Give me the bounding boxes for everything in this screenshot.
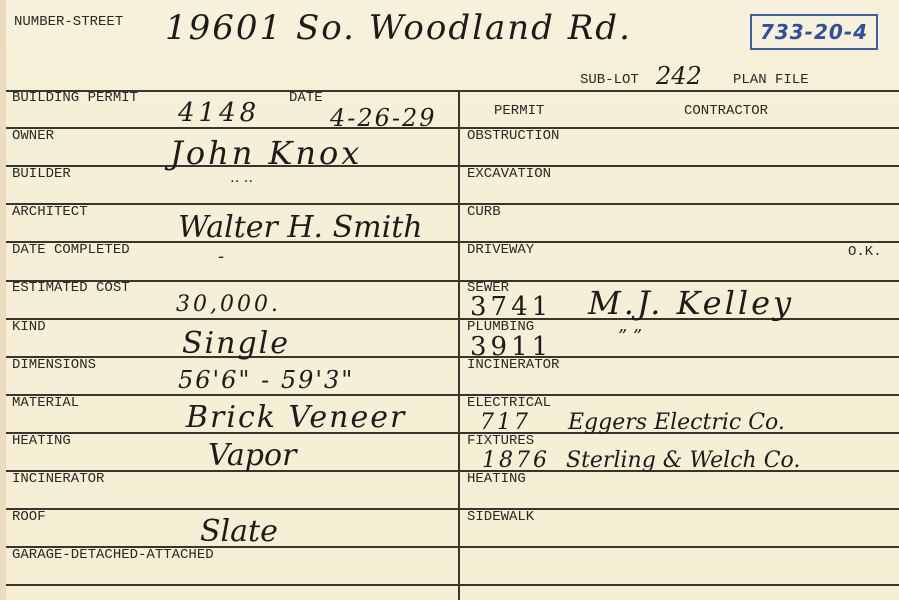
- value-architect: Walter H. Smith: [178, 210, 423, 245]
- label-obstruction: OBSTRUCTION: [467, 128, 559, 144]
- value-building-permit: 4148: [178, 98, 260, 128]
- stamp-number: 733-20-4: [750, 14, 878, 50]
- value-sewer-contractor: M.J. Kelley: [588, 284, 794, 322]
- label-owner: OWNER: [12, 128, 54, 144]
- address-value: 19601 So. Woodland Rd.: [165, 8, 632, 48]
- value-kind: Single: [182, 326, 290, 361]
- label-curb: CURB: [467, 204, 501, 220]
- column-divider: [458, 90, 460, 600]
- label-driveway: DRIVEWAY: [467, 242, 534, 258]
- value-roof: Slate: [200, 514, 278, 549]
- sublot-label: SUB-LOT: [580, 72, 639, 88]
- rule: [6, 127, 899, 129]
- rule: [6, 241, 899, 243]
- value-date: 4-26-29: [330, 104, 437, 132]
- rule: [6, 394, 899, 396]
- value-date-completed: -: [218, 246, 224, 267]
- value-owner: John Knox: [170, 134, 362, 172]
- label-date-completed: DATE COMPLETED: [12, 242, 130, 258]
- label-heating-right: HEATING: [467, 471, 526, 487]
- value-electrical-contractor: Eggers Electric Co.: [568, 410, 785, 435]
- plan-file-label: PLAN FILE: [733, 72, 809, 88]
- label-electrical: ELECTRICAL: [467, 395, 551, 411]
- label-architect: ARCHITECT: [12, 204, 88, 220]
- label-roof: ROOF: [12, 509, 46, 525]
- value-builder: ‥ ‥: [230, 170, 253, 186]
- rule: [6, 203, 899, 205]
- label-sidewalk: SIDEWALK: [467, 509, 534, 525]
- label-estimated-cost: ESTIMATED COST: [12, 280, 130, 296]
- rule: [6, 356, 899, 358]
- sublot-value: 242: [656, 62, 702, 90]
- value-heating: Vapor: [208, 438, 296, 473]
- value-estimated-cost: 30,000.: [176, 292, 281, 317]
- label-dimensions: DIMENSIONS: [12, 357, 96, 373]
- value-fixtures-permit: 1876: [482, 448, 550, 473]
- label-material: MATERIAL: [12, 395, 79, 411]
- rule: [6, 280, 899, 282]
- label-builder: BUILDER: [12, 166, 71, 182]
- value-plumbing-permit: 3911: [470, 332, 552, 362]
- value-sewer-permit: 3741: [470, 292, 552, 322]
- driveway-note: O.K.: [848, 244, 882, 260]
- value-dimensions: 56'6" - 59'3": [178, 366, 354, 394]
- permit-column-header: PERMIT: [494, 103, 544, 119]
- value-material: Brick Veneer: [186, 400, 406, 435]
- label-heating: HEATING: [12, 433, 71, 449]
- label-garage: GARAGE-DETACHED-ATTACHED: [12, 547, 214, 563]
- rule: [6, 165, 899, 167]
- permit-card: NUMBER-STREET 19601 So. Woodland Rd. 733…: [0, 0, 899, 600]
- label-building-permit: BUILDING PERMIT: [12, 90, 138, 106]
- rule: [6, 584, 899, 586]
- label-fixtures: FIXTURES: [467, 433, 534, 449]
- label-kind: KIND: [12, 319, 46, 335]
- value-fixtures-contractor: Sterling & Welch Co.: [566, 448, 800, 473]
- label-incinerator: INCINERATOR: [12, 471, 104, 487]
- label-excavation: EXCAVATION: [467, 166, 551, 182]
- contractor-column-header: CONTRACTOR: [684, 103, 768, 119]
- label-date: DATE: [289, 90, 323, 106]
- value-plumbing-contractor: ” ”: [618, 326, 642, 347]
- rule: [6, 508, 899, 510]
- value-electrical-permit: 717: [480, 410, 531, 435]
- rule: [6, 90, 899, 92]
- number-street-label: NUMBER-STREET: [14, 14, 123, 30]
